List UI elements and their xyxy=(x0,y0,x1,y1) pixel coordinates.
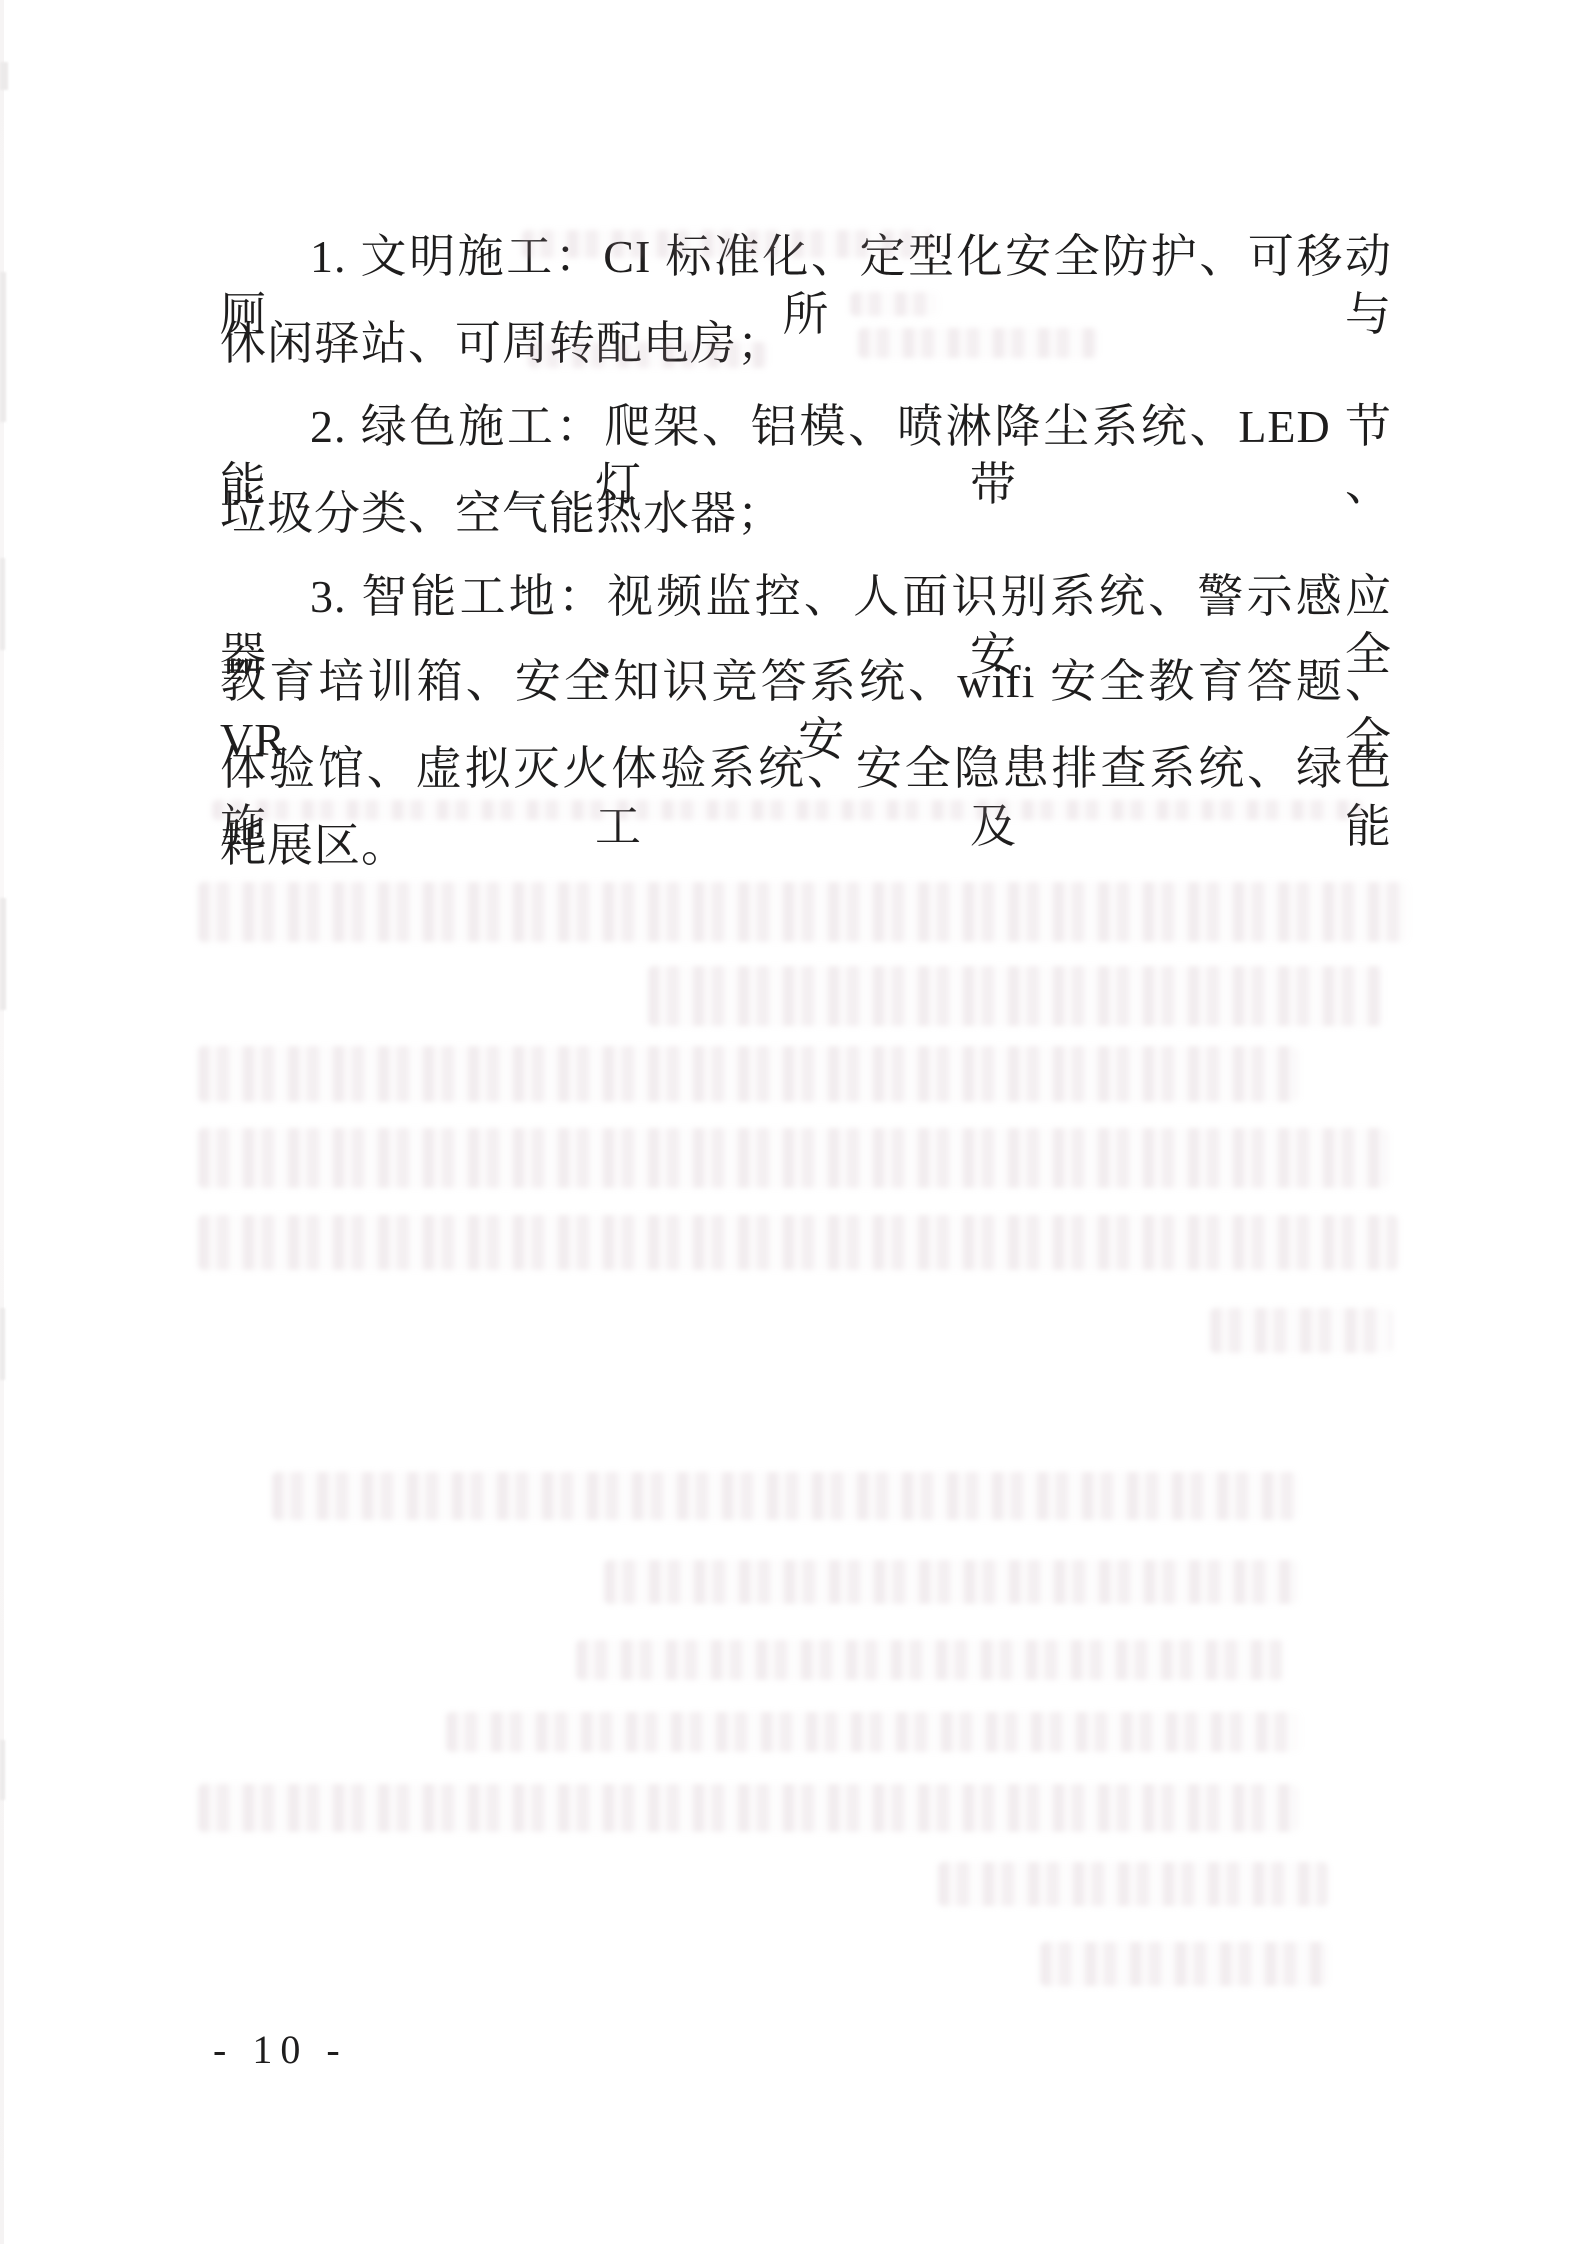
document-page: 1. 文明施工：CI 标准化、定型化安全防护、可移动厕所与 休闲驿站、可周转配电… xyxy=(0,0,1587,2244)
bleed-through-block xyxy=(446,1712,1300,1752)
paragraph-3-line-4: 耗展区。 xyxy=(220,817,1392,875)
bleed-through-block xyxy=(938,1862,1328,1906)
bleed-through-block xyxy=(198,1215,1398,1270)
paragraph-1-line-2: 休闲驿站、可周转配电房； xyxy=(220,315,1392,373)
bleed-through-block xyxy=(272,1472,1298,1520)
document-text: 1. 文明施工：CI 标准化、定型化安全防护、可移动厕所与 休闲驿站、可周转配电… xyxy=(220,228,1392,928)
bleed-through-block xyxy=(850,292,938,316)
scan-edge-mark xyxy=(0,272,6,422)
scan-edge-mark xyxy=(0,558,5,650)
paragraph-2-line-2: 垃圾分类、空气能热水器； xyxy=(220,485,1392,543)
bleed-through-block xyxy=(604,1560,1298,1604)
bleed-through-block xyxy=(528,342,768,368)
bleed-through-block xyxy=(1210,1308,1392,1353)
scan-edge-mark xyxy=(0,62,8,90)
page-number: - 10 - xyxy=(213,2026,348,2073)
bleed-through-block xyxy=(198,1046,1298,1102)
scan-edge-mark xyxy=(0,1740,5,1800)
bleed-through-block xyxy=(1040,1942,1328,1986)
bleed-through-block xyxy=(648,966,1383,1026)
bleed-through-block xyxy=(576,1640,1284,1680)
bleed-through-block xyxy=(858,328,1098,358)
scan-edge-mark xyxy=(0,1308,5,1380)
bleed-through-block xyxy=(522,230,932,258)
bleed-through-block xyxy=(212,800,1362,820)
scan-edge-mark xyxy=(0,898,6,1010)
bleed-through-block xyxy=(198,1128,1388,1188)
bleed-through-block xyxy=(198,882,1408,942)
bleed-through-block xyxy=(198,1784,1298,1832)
